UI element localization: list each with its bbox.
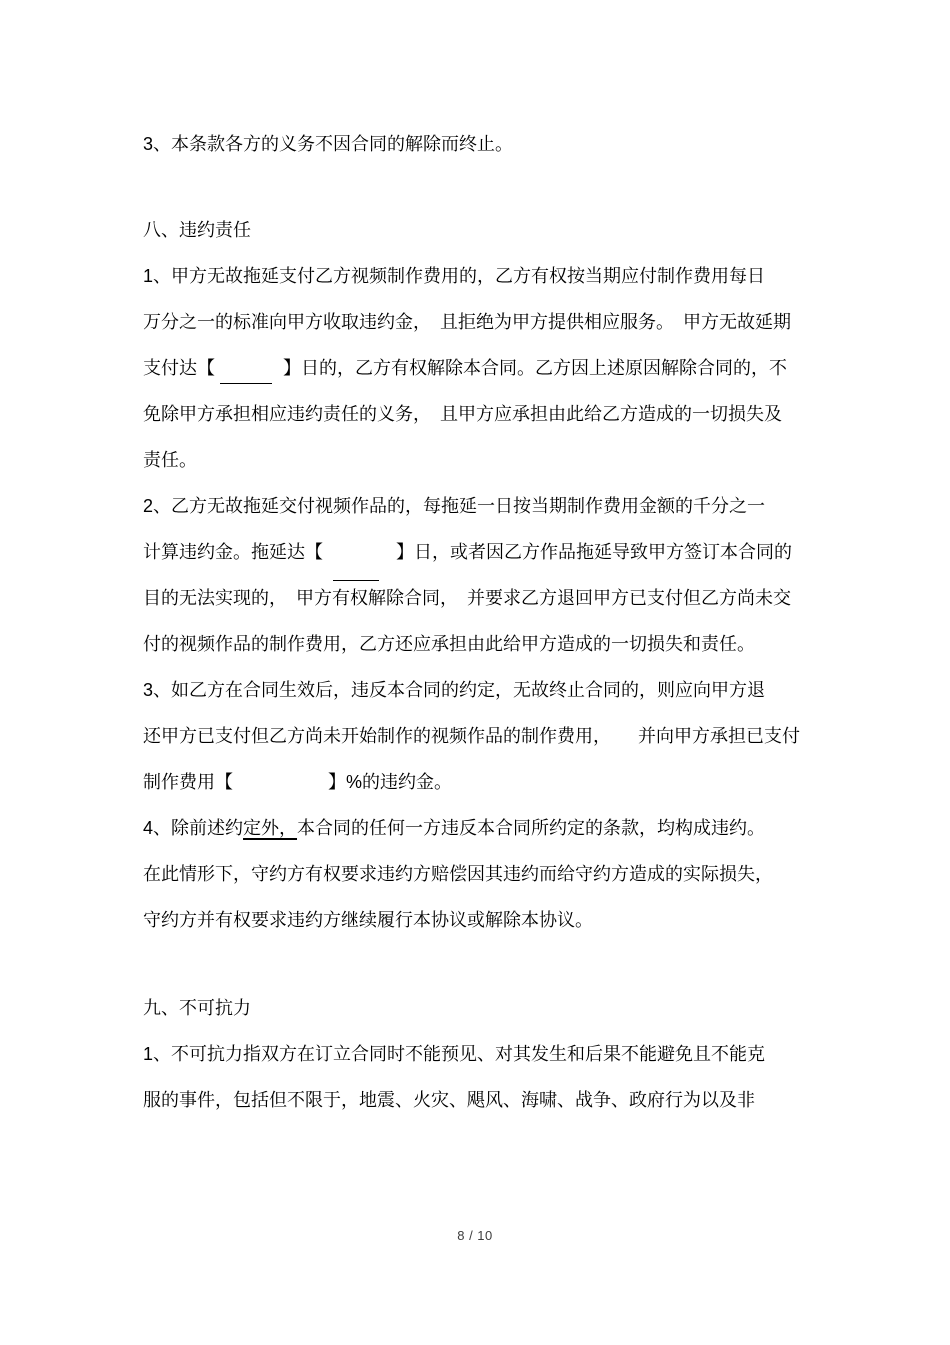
breach-item1-line1: 1、甲方无故拖延支付乙方视频制作费用的，乙方有权按当期应付制作费用每日: [143, 253, 843, 299]
breach-item2-line1: 2、乙方无故拖延交付视频作品的，每拖延一日按当期制作费用金额的千分之一: [143, 483, 843, 529]
breach-item2-line2: 计算违约金。拖延达【】日，或者因乙方作品拖延导致甲方签订本合同的: [143, 529, 843, 575]
breach-item1-line5: 责任。: [143, 437, 843, 483]
force-majeure-item1-line2: 服的事件，包括但不限于，地震、火灾、飓风、海啸、战争、政府行为以及非: [143, 1077, 843, 1123]
breach-item3-line3: 制作费用【】%的违约金。: [143, 759, 843, 805]
page-number-indicator: 8 / 10: [0, 1228, 950, 1243]
fill-in-blank-days: [323, 529, 396, 575]
text-after-blank: 】日的，乙方有权解除本合同。乙方因上述原因解除合同的，不: [283, 358, 787, 378]
section-heading-breach-liability: 八、违约责任: [143, 207, 843, 253]
breach-item1-line4: 免除甲方承担相应违约责任的义务， 且甲方应承担由此给乙方造成的一切损失及: [143, 391, 843, 437]
breach-item4-line3: 守约方并有权要求违约方继续履行本协议或解除本协议。: [143, 897, 843, 943]
text-before-blank: 计算违约金。拖延达【: [143, 542, 323, 562]
breach-item3-line2: 还甲方已支付但乙方尚未开始制作的视频作品的制作费用， 并向甲方承担已支付: [143, 713, 843, 759]
blank-line: [143, 167, 843, 207]
breach-item3-line1: 3、如乙方在合同生效后，违反本合同的约定，无故终止合同的，则应向甲方退: [143, 667, 843, 713]
breach-item4-line1: 4、除前述约定外，本合同的任何一方违反本合同所约定的条款，均构成违约。: [143, 805, 843, 851]
fill-in-blank-percent: [233, 759, 328, 805]
breach-item1-line3: 支付达【】日的，乙方有权解除本合同。乙方因上述原因解除合同的，不: [143, 345, 843, 391]
contract-document-page: 3、本条款各方的义务不因合同的解除而终止。 八、违约责任 1、甲方无故拖延支付乙…: [0, 0, 950, 1345]
section-heading-force-majeure: 九、不可抗力: [143, 985, 843, 1031]
text-after-blank: 】日，或者因乙方作品拖延导致甲方签订本合同的: [396, 542, 792, 562]
breach-item2-line3: 目的无法实现的， 甲方有权解除合同， 并要求乙方退回甲方已支付但乙方尚未交: [143, 575, 843, 621]
text-segment: 本合同的任何一方违反本合同所约定的条款，均构成违约。: [297, 818, 765, 838]
text-before-blank: 制作费用【: [143, 772, 233, 792]
text-before-blank: 支付达【: [143, 358, 215, 378]
fill-in-blank-days: [215, 345, 283, 391]
breach-item1-line2: 万分之一的标准向甲方收取违约金， 且拒绝为甲方提供相应服务。 甲方无故延期: [143, 299, 843, 345]
breach-item2-line4: 付的视频作品的制作费用，乙方还应承担由此给甲方造成的一切损失和责任。: [143, 621, 843, 667]
text-segment: 除合同， 并要求乙方退回甲方已支付但乙方尚未交: [386, 588, 791, 608]
blank-line: [143, 943, 843, 985]
document-body: 3、本条款各方的义务不因合同的解除而终止。 八、违约责任 1、甲方无故拖延支付乙…: [143, 121, 843, 1123]
text-segment: 目的无法实现的， 甲方: [143, 588, 332, 608]
overlined-text: 有权解: [332, 575, 386, 621]
underlined-text: 定外，: [243, 818, 297, 838]
text-segment: 4、除前述约: [143, 818, 243, 838]
text-after-blank: 】%的违约金。: [328, 772, 452, 792]
breach-item4-line2: 在此情形下，守约方有权要求违约方赔偿因其违约而给守约方造成的实际损失，: [143, 851, 843, 897]
clause-termination-item3: 3、本条款各方的义务不因合同的解除而终止。: [143, 121, 843, 167]
force-majeure-item1-line1: 1、不可抗力指双方在订立合同时不能预见、对其发生和后果不能避免且不能克: [143, 1031, 843, 1077]
